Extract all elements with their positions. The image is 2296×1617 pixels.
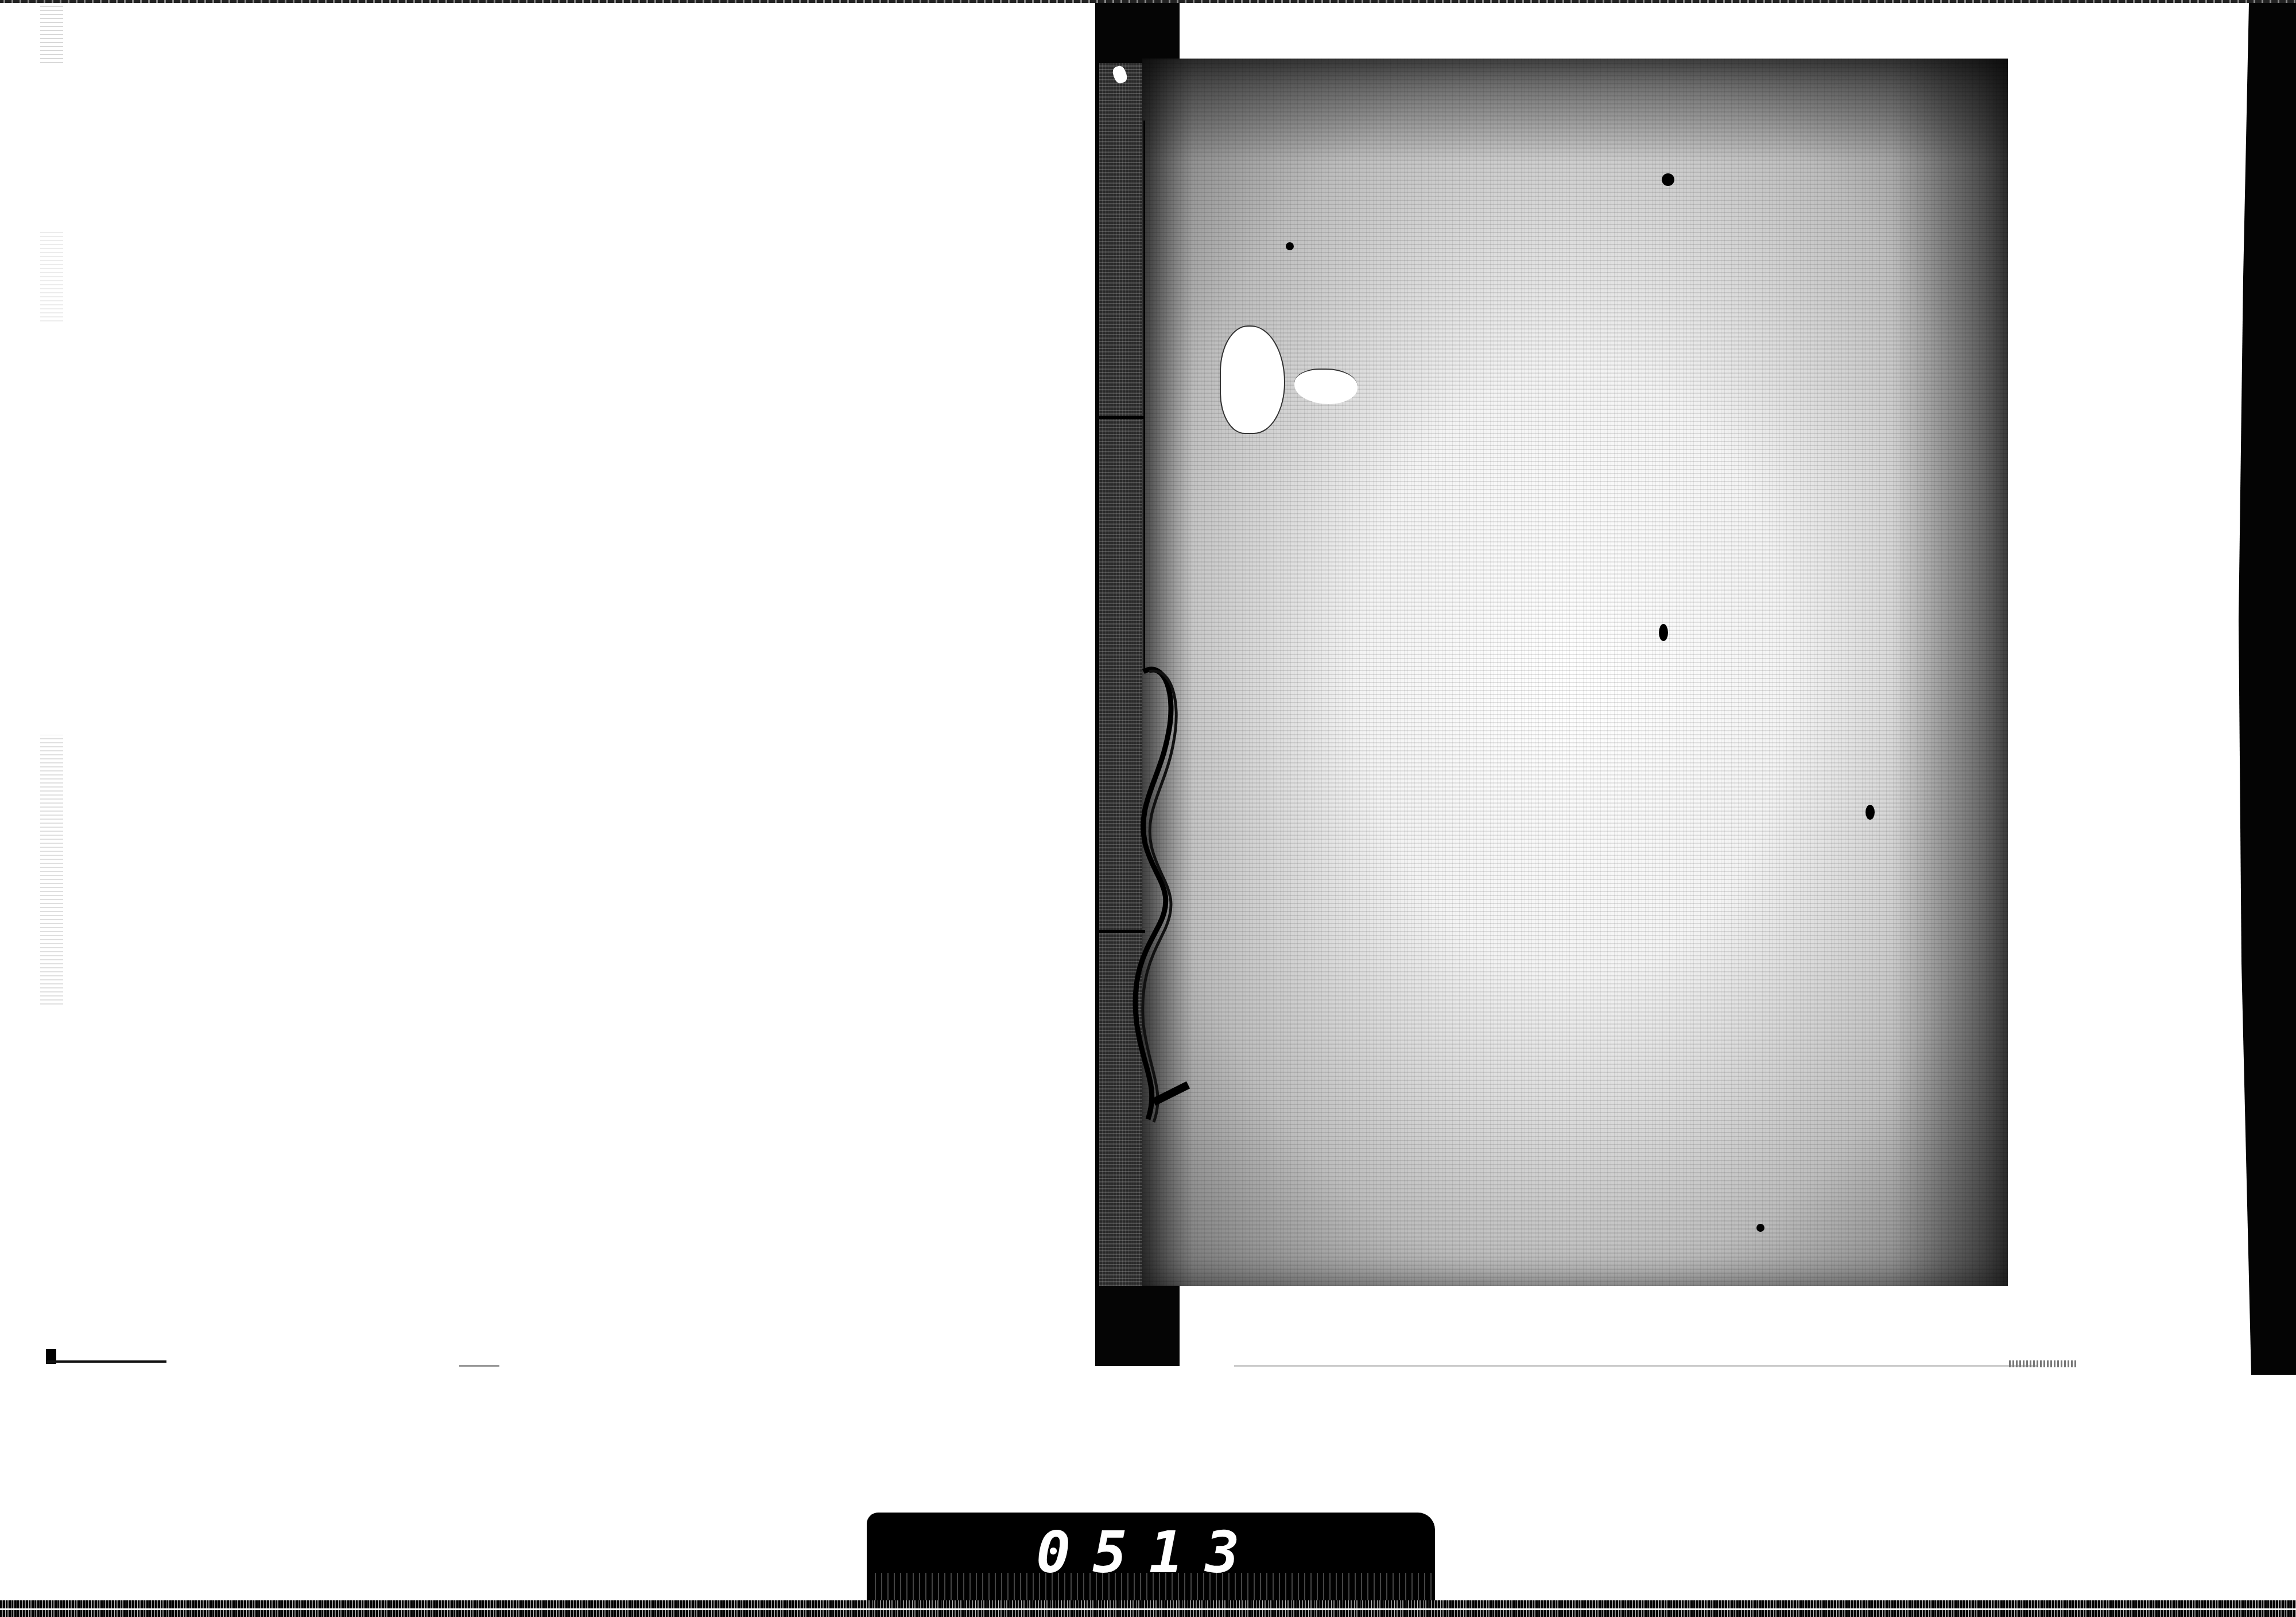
binding-string [1114, 649, 1205, 1137]
left-page-edge-mark [40, 230, 63, 321]
book-cover [1142, 59, 2008, 1286]
scan-baseline [2009, 1360, 2078, 1367]
catalog-number: 0513 [1036, 1518, 1323, 1587]
scan-baseline [46, 1360, 166, 1363]
cover-stain [1662, 173, 1674, 186]
scan-baseline [1234, 1365, 2038, 1367]
cover-stain [1659, 624, 1668, 641]
cover-stain [1286, 242, 1294, 250]
scan-bottom-border [0, 1600, 2296, 1617]
cover-texture [1142, 59, 2008, 1286]
binding-thread [1143, 121, 1145, 672]
binding-stitch [1099, 416, 1145, 419]
cover-shadow-top [1142, 59, 2008, 162]
left-page-edge-mark [40, 735, 63, 1005]
cover-stain [1756, 1224, 1764, 1232]
left-page-edge-mark [40, 6, 63, 63]
adjacent-book-edge [2239, 3, 2296, 1375]
cover-shadow-right [1893, 59, 2008, 1286]
cover-stain [1865, 805, 1875, 820]
scan-baseline [459, 1365, 499, 1367]
